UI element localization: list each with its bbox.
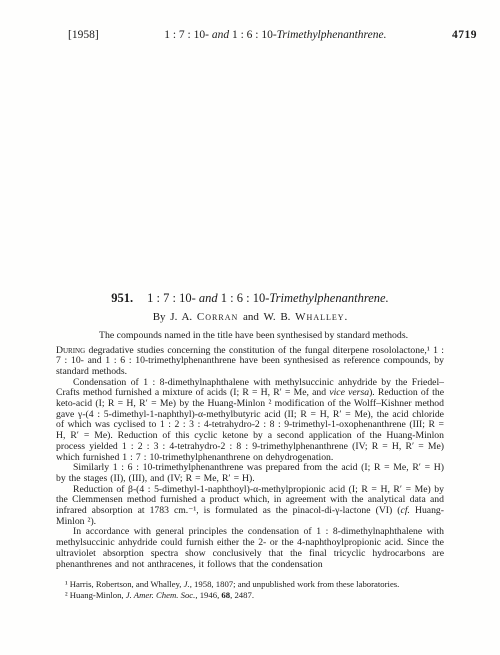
byline-segment: and W. B. (238, 311, 295, 323)
body-paragraphs: During degradative studies concerning th… (56, 346, 444, 571)
body-paragraph: Condensation of 1 : 8-dimethylnaphthalen… (56, 378, 444, 464)
byline: By J. A. Corran and W. B. Whalley. (56, 311, 444, 324)
text-segment: , 1946, (195, 590, 221, 600)
author-name: Corran (197, 311, 238, 323)
text-segment: Reduction of β-(4 : 5-dimethyl-1-naphtho… (56, 484, 444, 516)
text-segment: 68 (221, 590, 230, 600)
text-segment: ). Reduction of the keto-acid (I; R = H,… (56, 387, 444, 462)
article: 951.1 : 7 : 10- and 1 : 6 : 10-Trimethyl… (56, 291, 444, 600)
footnote-line: ¹ Harris, Robertson, and Whalley, J., 19… (65, 579, 444, 589)
text-segment: cf. (401, 505, 410, 516)
text-segment: , 1958, 1807; and unpublished work from … (190, 579, 400, 589)
page-header: [1958] 1 : 7 : 10- and 1 : 6 : 10-Trimet… (0, 29, 500, 41)
text-segment: ¹ Harris, Robertson, and Whalley, (65, 579, 184, 589)
text-segment: Similarly 1 : 6 : 10-trimethylphenanthre… (56, 462, 444, 484)
body-paragraph: Similarly 1 : 6 : 10-trimethylphenanthre… (56, 463, 444, 484)
byline-segment: . (345, 311, 348, 323)
body-paragraph: In accordance with general principles th… (56, 527, 444, 570)
journal-page: [1958] 1 : 7 : 10- and 1 : 6 : 10-Trimet… (0, 0, 500, 655)
abstract: The compounds named in the title have be… (84, 330, 410, 342)
article-number: 951. (111, 291, 133, 305)
article-title: 951.1 : 7 : 10- and 1 : 6 : 10-Trimethyl… (56, 291, 444, 306)
footnote-line: ² Huang-Minlon, J. Amer. Chem. Soc., 194… (65, 590, 444, 600)
title-segment: 1 : 6 : 10- (218, 291, 270, 305)
footnotes: ¹ Harris, Robertson, and Whalley, J., 19… (56, 579, 444, 600)
byline-segment: By J. A. (153, 311, 197, 323)
text-segment: In accordance with general principles th… (56, 526, 444, 569)
title-segment: 1 : 7 : 10- (147, 291, 199, 305)
header-title-segment: 1 : 6 : 10- (229, 29, 277, 41)
header-title-segment: and (212, 29, 229, 41)
title-segment: Trimethylphenanthrene. (269, 291, 388, 305)
body-paragraph: Reduction of β-(4 : 5-dimethyl-1-naphtho… (56, 485, 444, 528)
text-segment: ² Huang-Minlon, (65, 590, 126, 600)
text-segment: During (56, 345, 85, 356)
author-name: Whalley (295, 311, 344, 323)
header-running-title: 1 : 7 : 10- and 1 : 6 : 10-Trimethylphen… (99, 29, 452, 41)
text-segment: J. Amer. Chem. Soc. (126, 590, 196, 600)
title-segment: and (199, 291, 218, 305)
header-year: [1958] (68, 29, 99, 41)
text-segment: degradative studies concerning the const… (56, 345, 444, 377)
text-segment: , 2487. (230, 590, 254, 600)
body-paragraph: During degradative studies concerning th… (56, 346, 444, 378)
header-page-number: 4719 (452, 29, 477, 41)
header-title-segment: Trimethylphenanthrene. (277, 29, 387, 41)
header-title-segment: 1 : 7 : 10- (164, 29, 212, 41)
text-segment: vice versa (329, 387, 369, 398)
